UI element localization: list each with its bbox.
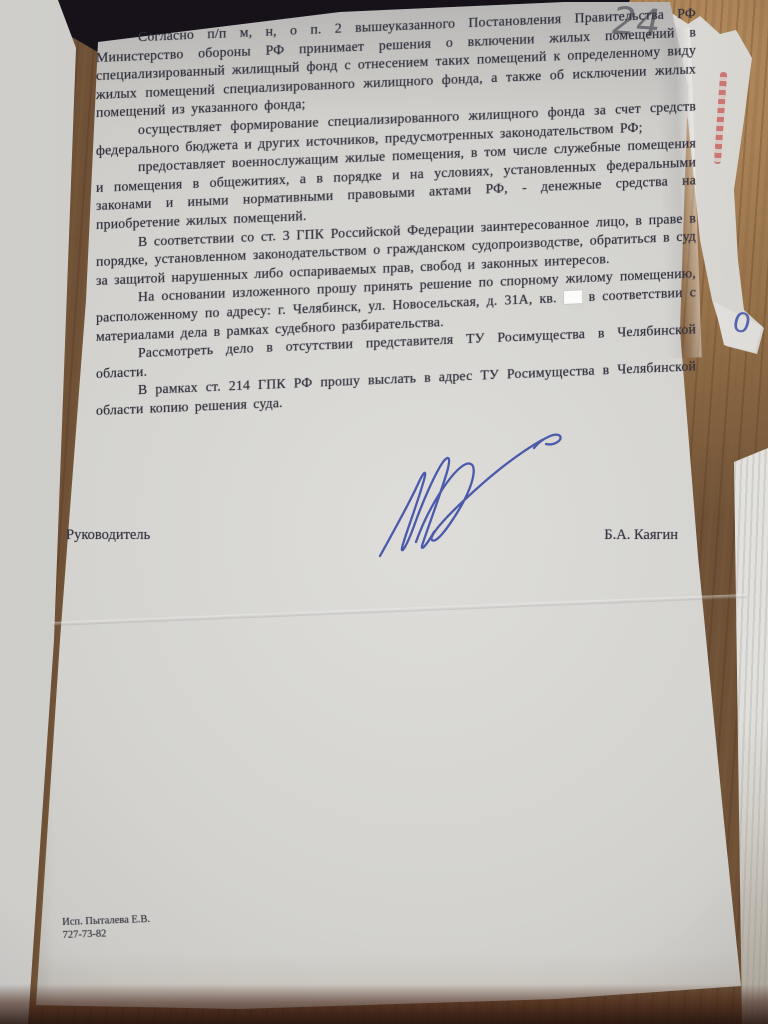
signature-row: Руководитель Б.А. Каягин (66, 527, 678, 544)
bottom-shadow (0, 984, 768, 1024)
signature-title: Руководитель (66, 527, 150, 544)
footer-block: Исп. Пыталева Е.В. 727-73-82 (62, 913, 151, 942)
redaction-box (564, 290, 582, 304)
signatory-name: Б.А. Каягин (604, 527, 678, 544)
document-text: Согласно п/п м, н, о п. 2 вышеуказанного… (96, 4, 696, 420)
